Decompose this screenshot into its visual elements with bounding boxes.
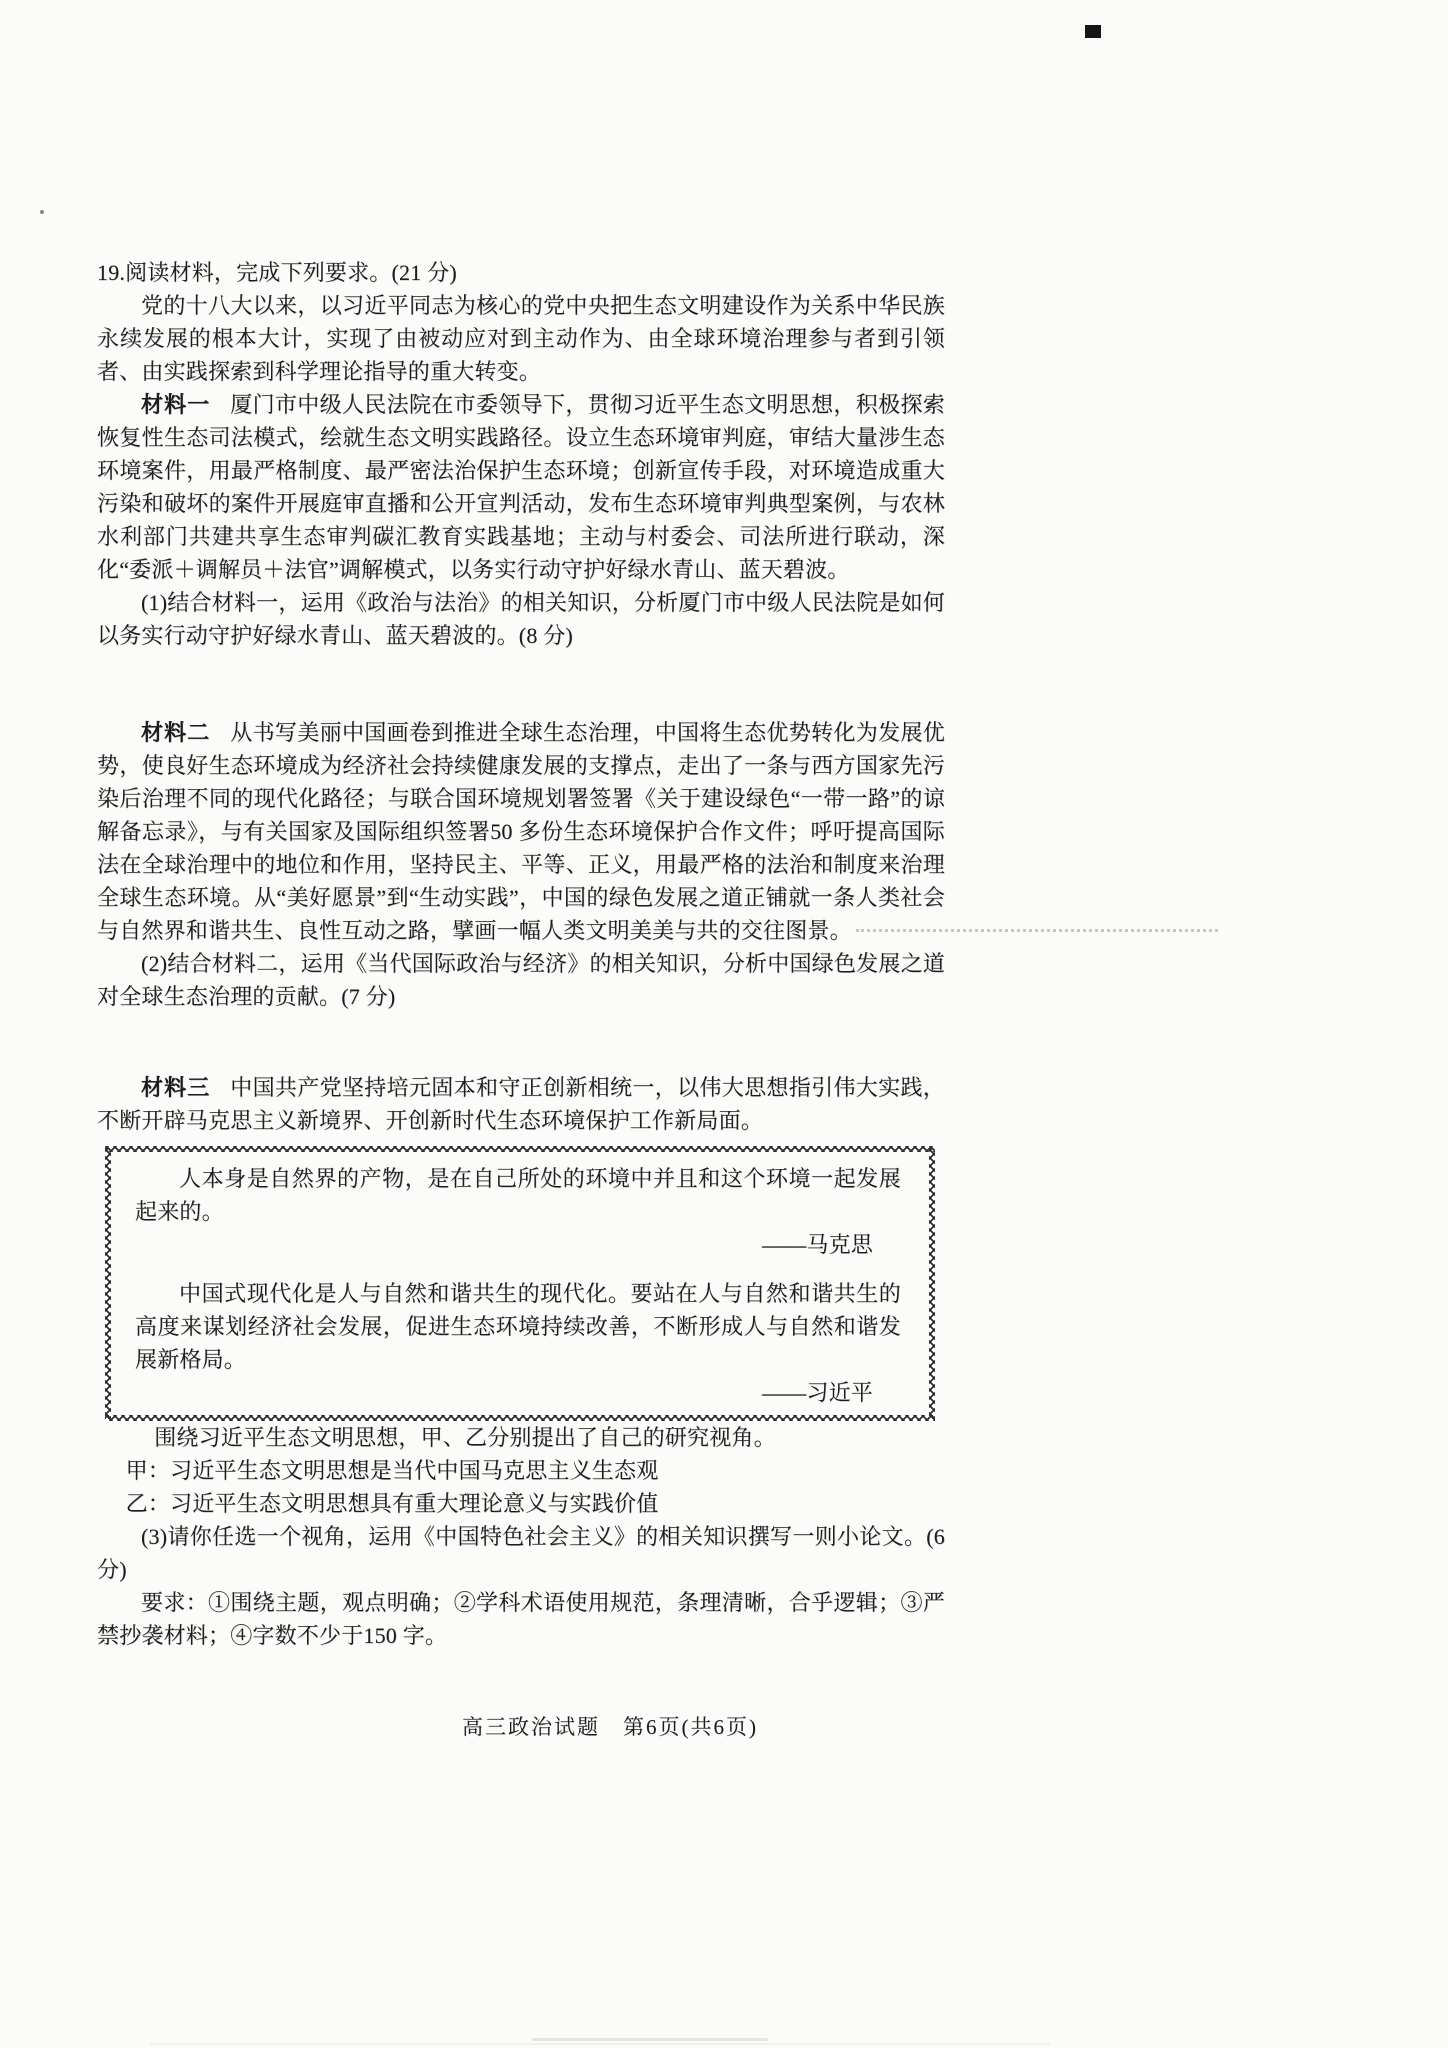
viewpoint-yi: 乙：习近平生态文明思想具有重大理论意义与实践价值 [126,1487,945,1520]
scanned-exam-page: 19.阅读材料，完成下列要求。(21 分) 党的十八大以来，以习近平同志为核心的… [0,0,1448,2048]
material2-text: 从书写美丽中国画卷到推进全球生态治理，中国将生态优势转化为发展优势，使良好生态环… [97,720,945,943]
material3-text: 中国共产党坚持培元固本和守正创新相统一，以伟大思想指引伟大实践，不断开辟马克思主… [97,1075,945,1133]
box-border-left [105,1148,111,1419]
material2-label: 材料二 [141,720,210,745]
material3-label: 材料三 [141,1075,210,1100]
intro-paragraph: 党的十八大以来，以习近平同志为核心的党中央把生态文明建设作为关系中华民族永续发展… [97,289,945,388]
page-footer: 高三政治试题 第6页(共6页) [300,1712,920,1742]
quote-xi-author: ——习近平 [135,1376,901,1409]
quote-marx-author: ——马克思 [135,1228,901,1261]
material3-paragraph: 材料三中国共产党坚持培元固本和守正创新相统一，以伟大思想指引伟大实践，不断开辟马… [97,1071,945,1137]
material1-label: 材料一 [141,392,210,417]
question-3-requirements: 要求：①围绕主题，观点明确；②学科术语使用规范，条理清晰，合乎逻辑；③严禁抄袭材… [97,1586,945,1652]
exam-question-19: 19.阅读材料，完成下列要求。(21 分) 党的十八大以来，以习近平同志为核心的… [97,256,945,1652]
question-1: (1)结合材料一，运用《政治与法治》的相关知识，分析厦门市中级人民法院是如何以务… [97,586,945,652]
quote-marx-text: 人本身是自然界的产物，是在自己所处的环境中并且和这个环境一起发展起来的。 [135,1162,901,1228]
box-border-bottom [105,1415,935,1421]
afterbox-lead: 围绕习近平生态文明思想，甲、乙分别提出了自己的研究视角。 [97,1421,945,1454]
viewpoint-jia: 甲：习近平生态文明思想是当代中国马克思主义生态观 [126,1454,945,1487]
material1-paragraph: 材料一厦门市中级人民法院在市委领导下，贯彻习近平生态文明思想，积极探索恢复性生态… [97,388,945,586]
question-19-header: 19.阅读材料，完成下列要求。(21 分) [97,256,945,289]
scan-smudge [532,2038,768,2041]
scan-smudge-edge [150,2043,1050,2045]
scan-speck [40,210,44,214]
question-2: (2)结合材料二，运用《当代国际政治与经济》的相关知识，分析中国绿色发展之道对全… [97,947,945,1013]
quote-xi-text: 中国式现代化是人与自然和谐共生的现代化。要站在人与自然和谐共生的高度来谋划经济社… [135,1277,901,1376]
box-border-right [929,1148,935,1419]
scan-corner-mark [1085,25,1101,38]
question-3: (3)请你任选一个视角，运用《中国特色社会主义》的相关知识撰写一则小论文。(6 … [97,1520,945,1586]
quote-box: 人本身是自然界的产物，是在自己所处的环境中并且和这个环境一起发展起来的。 ——马… [105,1146,935,1421]
box-border-top [105,1146,935,1152]
material2-paragraph: 材料二从书写美丽中国画卷到推进全球生态治理，中国将生态优势转化为发展优势，使良好… [97,716,945,947]
material1-text: 厦门市中级人民法院在市委领导下，贯彻习近平生态文明思想，积极探索恢复性生态司法模… [97,392,945,582]
